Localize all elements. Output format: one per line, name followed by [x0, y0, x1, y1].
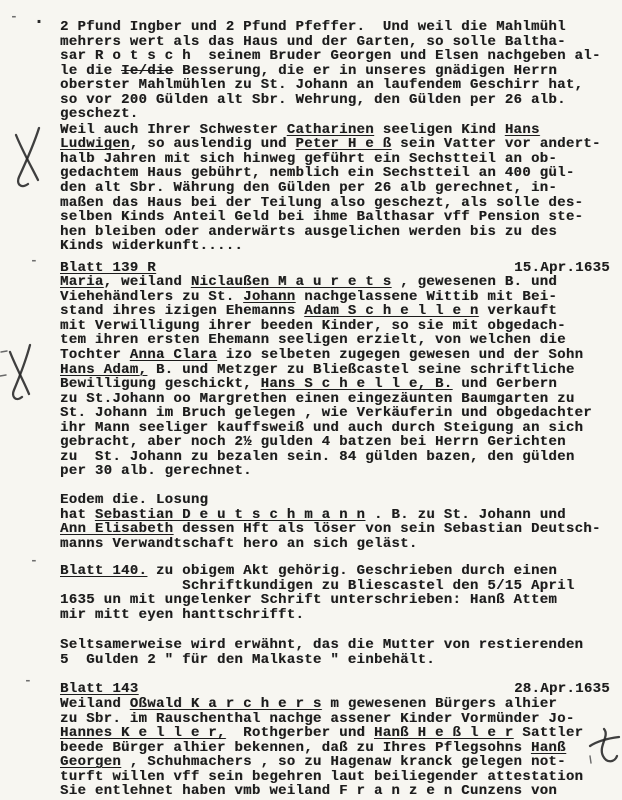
text-line: 1635 un mit ungelenker Schrift unterschr… — [60, 593, 610, 608]
pencil-dash-mark-140: - — [30, 556, 38, 566]
text-line: 2 Pfund Ingber und 2 Pfund Pfeffer. Und … — [60, 20, 610, 35]
text-line: manns Verwandtschaft hero an sich geläst… — [60, 537, 610, 552]
pencil-dash-mark-139: - — [30, 256, 38, 266]
text-line: maßen das Haus bei der Teilung also gesc… — [60, 196, 610, 211]
bullet-mark: · — [33, 18, 45, 28]
text-line: Ludwigen, so auslendig und Peter H e ß s… — [60, 137, 610, 152]
text-line: oberster Mahlmühlen zu St. Johann an lau… — [60, 78, 610, 93]
text-line: 5 Gulden 2 " für den Malkaste " einbehäl… — [60, 653, 610, 668]
block-malkaste-note: Seltsamerweise wird erwähnt, das die Mut… — [60, 638, 610, 667]
pencil-dash-mark-top: - — [10, 12, 18, 22]
document-text: 2 Pfund Ingber und 2 Pfund Pfeffer. Und … — [60, 12, 610, 799]
text-line: gebracht, aber noch 2½ gulden 4 batzen b… — [60, 435, 610, 450]
block-entry-karcher: Weiland Oßwald K a r c h e r s m gewesen… — [60, 697, 610, 799]
text-line: zu Sbr. im Rauschenthal nachge assener K… — [60, 712, 610, 727]
text-line: zu St.Johann oo Margrethen einen eingezä… — [60, 392, 610, 407]
text-line: Hannes K e l l e r, Rothgerber und Hanß … — [60, 726, 610, 741]
text-line: Maria, weiland Niclaußen M a u r e t s ,… — [60, 275, 610, 290]
text-line: beede Bürger alhier bekennen, daß zu Ihr… — [60, 741, 610, 756]
text-line: zu St. Johann zu bezalen sein. 84 gülden… — [60, 450, 610, 465]
block-blatt-143-heading-date: 28.Apr.1635 — [514, 682, 610, 697]
text-line: Hans Adam, B. und Metzger zu Bließcastel… — [60, 363, 610, 378]
block-blatt-143-heading: Blatt 14328.Apr.1635 — [60, 682, 610, 697]
text-line: Viehehändlers zu St. Johann nachgelassen… — [60, 290, 610, 305]
text-line: Bewilligung geschickt, Hans S c h e l l … — [60, 377, 610, 392]
text-line: geschezt. — [60, 107, 610, 122]
text-line: Weiland Oßwald K a r c h e r s m gewesen… — [60, 697, 610, 712]
block-blatt-139-heading-date: 15.Apr.1635 — [514, 261, 610, 276]
text-line: gedachtem Haus gebührt, nemblich ein Sec… — [60, 166, 610, 181]
text-line: Schriftkundigen zu Bliescastel den 5/15 … — [60, 579, 610, 594]
block-entry-maurets: Maria, weiland Niclaußen M a u r e t s ,… — [60, 275, 610, 479]
text-line: Ann Elisabeth dessen Hft als löser von s… — [60, 522, 610, 537]
text-line: le die Ie/die Besserung, die er in unser… — [60, 64, 610, 79]
text-line: Eodem die. Losung — [60, 493, 610, 508]
text-line: halb Jahren mit sich hinweg geführt ein … — [60, 152, 610, 167]
block-blatt-143-heading-label: Blatt 143 — [60, 682, 139, 697]
text-line: sar R o t s c h seinem Bruder Georgen un… — [60, 49, 610, 64]
handwritten-x-mark-2 — [0, 340, 40, 406]
text-line: mehrers wert als das Haus und der Garten… — [60, 35, 610, 50]
block-entry-rotsch: 2 Pfund Ingber und 2 Pfund Pfeffer. Und … — [60, 20, 610, 122]
text-line: turft willen vff sein begehren laut beil… — [60, 770, 610, 785]
text-line: stand ihres izigen Ehemanns Adam S c h e… — [60, 304, 610, 319]
text-line: den alt Sbr. Währung den Gülden per 26 a… — [60, 181, 610, 196]
text-line: per 30 alb. gerechnet. — [60, 464, 610, 479]
text-line: Tochter Anna Clara izo selbeten zugegen … — [60, 348, 610, 363]
block-blatt-139-heading-label: Blatt 139 R — [60, 261, 156, 276]
text-line: so vor 200 Gülden alt Sbr. Wehrung, den … — [60, 93, 610, 108]
text-line: selben Kinds Anteil Geld bei ihme Baltha… — [60, 210, 610, 225]
block-blatt-139-heading: Blatt 139 R15.Apr.1635 — [60, 261, 610, 276]
block-blatt-140: Blatt 140. zu obigem Akt gehörig. Geschr… — [60, 564, 610, 622]
text-line: mir mitt eyen hanttschrifft. — [60, 608, 610, 623]
text-line: Seltsamerweise wird erwähnt, das die Mut… — [60, 638, 610, 653]
text-line: hen bleiben oder anderwärts ausgelichen … — [60, 225, 610, 240]
text-line: mit Verwilligung ihrer beeden Kinder, so… — [60, 319, 610, 334]
text-line: Sie entlehnet haben vmb weiland F r a n … — [60, 784, 610, 799]
text-line: St. Johann im Bruch gelegen , wie Verkäu… — [60, 406, 610, 421]
text-line: Georgen , Schuhmachers , so zu Hagenaw k… — [60, 755, 610, 770]
text-line: tem ihren ersten Ehemann seeligen erziel… — [60, 333, 610, 348]
text-line: Weil auch Ihrer Schwester Catharinen see… — [60, 123, 610, 138]
text-line: Blatt 140. zu obigem Akt gehörig. Geschr… — [60, 564, 610, 579]
text-line: hat Sebastian D e u t s c h m a n n . B.… — [60, 508, 610, 523]
block-entry-hess: Weil auch Ihrer Schwester Catharinen see… — [60, 123, 610, 254]
handwritten-x-mark-1 — [6, 124, 48, 192]
text-line: ihr Mann seeliger kauffsweiß und auch du… — [60, 421, 610, 436]
pencil-dash-mark-143: - — [24, 676, 32, 686]
block-eodem-losung: Eodem die. Losunghat Sebastian D e u t s… — [60, 493, 610, 551]
scanned-document-page: - · - - - 2 Pfund Ingber und 2 Pfund Pfe… — [0, 0, 622, 800]
text-line: Kinds widerkunft..... — [60, 239, 610, 254]
